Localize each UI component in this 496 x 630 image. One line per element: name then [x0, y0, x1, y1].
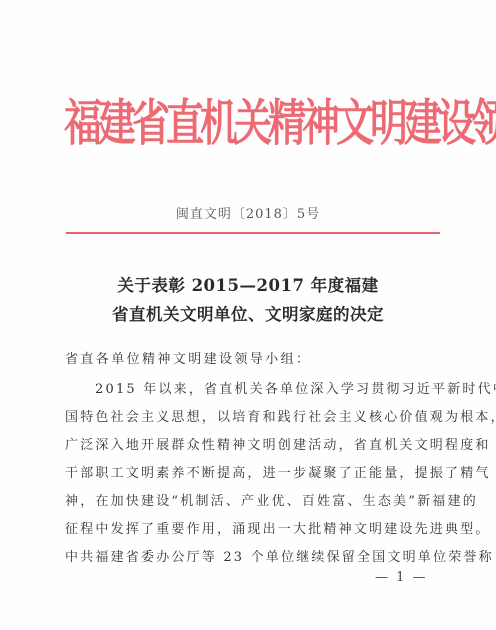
- document-page: 福建省直机关精神文明建设领导小组 闽直文明〔2018〕5号 关于表彰 2015—…: [0, 0, 496, 630]
- body-line: 国特色社会主义思想，以培育和践行社会主义核心价值观为根本，: [65, 404, 441, 432]
- body-line: 神，在加快建设“机制活、产业优、百姓富、生态美”新福建的: [65, 488, 441, 516]
- document-number: 闽直文明〔2018〕5号: [0, 203, 496, 222]
- document-title: 关于表彰 2015—2017 年度福建 省直机关文明单位、文明家庭的决定: [0, 271, 496, 329]
- body-line: 广泛深入地开展群众性精神文明创建活动，省直机关文明程度和: [65, 432, 441, 460]
- body-line: 征程中发挥了重要作用，涌现出一大批精神文明建设先进典型。: [65, 516, 441, 544]
- red-divider-line: [66, 232, 440, 234]
- issuing-organization-header: 福建省直机关精神文明建设领导小组: [64, 87, 440, 160]
- page-number: — 1 —: [375, 570, 428, 585]
- title-line-2: 省直机关文明单位、文明家庭的决定: [0, 300, 496, 329]
- body-line: 中共福建省委办公厅等 23 个单位继续保留全国文明单位荣誉称: [65, 544, 441, 572]
- body-line: 干部职工文明素养不断提高，进一步凝聚了正能量，提振了精气: [65, 460, 441, 488]
- body-line: 2015 年以来，省直机关各单位深入学习贯彻习近平新时代中: [65, 376, 441, 404]
- title-line-1: 关于表彰 2015—2017 年度福建: [0, 271, 496, 300]
- salutation: 省直各单位精神文明建设领导小组：: [65, 348, 311, 367]
- body-paragraph: 2015 年以来，省直机关各单位深入学习贯彻习近平新时代中 国特色社会主义思想，…: [65, 376, 441, 572]
